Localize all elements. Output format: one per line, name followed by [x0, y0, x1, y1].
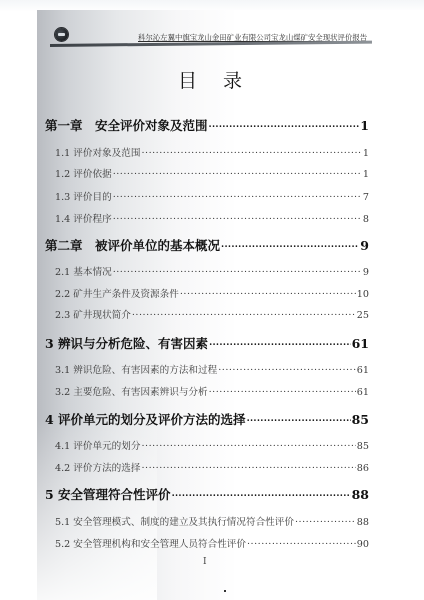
- toc-entry-page: 86: [357, 463, 369, 474]
- dot-leader: [113, 265, 362, 275]
- dot-leader: [221, 238, 359, 251]
- toc-entry-page: 61: [357, 365, 369, 376]
- toc-section-entry[interactable]: 1.1 评价对象及范围 1: [55, 145, 369, 159]
- dot-leader: [295, 515, 356, 525]
- toc-section-entry[interactable]: 5.1 安全管理模式、制度的建立及其执行情况符合性评价 88: [55, 514, 369, 528]
- toc-section-entry[interactable]: 2.1 基本情况 9: [55, 264, 369, 278]
- toc-entry-label: 1.4 评价程序: [55, 211, 112, 225]
- dot-leader: [218, 363, 356, 373]
- toc-entry-page: 1: [363, 169, 369, 180]
- toc-entry-page: 88: [357, 517, 369, 528]
- toc-entry-page: 61: [352, 336, 369, 351]
- table-of-contents: 第一章 安全评价对象及范围 1 1.1 评价对象及范围 1 1.2 评价依据 1…: [0, 0, 424, 600]
- toc-entry-label: 1.2 评价依据: [55, 166, 112, 180]
- toc-entry-page: 90: [357, 539, 369, 550]
- toc-entry-page: 1: [363, 148, 369, 159]
- toc-entry-page: 7: [363, 192, 369, 203]
- dot-leader: [247, 537, 356, 547]
- toc-section-entry[interactable]: 5.2 安全管理机构和安全管理人员符合性评价 90: [55, 536, 369, 550]
- dot-leader: [180, 287, 356, 297]
- toc-entry-label: 2.1 基本情况: [55, 264, 112, 278]
- toc-entry-page: 88: [352, 487, 369, 502]
- dot-leader: [132, 308, 356, 318]
- dot-leader: [141, 146, 361, 156]
- toc-section-entry[interactable]: 4.2 评价方法的选择 86: [55, 460, 369, 474]
- toc-entry-label: 1.1 评价对象及范围: [55, 145, 140, 159]
- toc-entry-label: 5.2 安全管理机构和安全管理人员符合性评价: [55, 536, 246, 550]
- toc-chapter-entry[interactable]: 第二章 被评价单位的基本概况 9: [45, 236, 369, 254]
- toc-entry-label: 4.1 评价单元的划分: [55, 438, 140, 452]
- dot-leader: [209, 118, 360, 131]
- toc-entry-label: 2.2 矿井生产条件及资源条件: [55, 286, 179, 300]
- page-number: I: [203, 557, 207, 567]
- toc-chapter-entry[interactable]: 第一章 安全评价对象及范围 1: [45, 116, 369, 134]
- dot-leader: [141, 439, 355, 449]
- toc-entry-page: 85: [357, 441, 369, 452]
- scan-artifact: [224, 590, 226, 592]
- dot-leader: [113, 167, 362, 177]
- dot-leader: [141, 461, 355, 471]
- dot-leader: [247, 412, 351, 425]
- toc-entry-page: 9: [363, 267, 369, 278]
- toc-section-entry[interactable]: 4.1 评价单元的划分 85: [55, 438, 369, 452]
- dot-leader: [172, 487, 351, 500]
- toc-entry-label: 1.3 评价目的: [55, 189, 112, 203]
- toc-entry-label: 第二章 被评价单位的基本概况: [45, 236, 220, 254]
- toc-entry-page: 25: [357, 310, 369, 321]
- toc-entry-page: 10: [357, 289, 369, 300]
- toc-entry-label: 4.2 评价方法的选择: [55, 460, 140, 474]
- toc-entry-label: 3.1 辨识危险、有害因素的方法和过程: [55, 362, 217, 376]
- toc-section-entry[interactable]: 1.3 评价目的 7: [55, 189, 369, 203]
- dot-leader: [113, 190, 362, 200]
- toc-entry-page: 85: [352, 412, 369, 427]
- toc-section-entry[interactable]: 3.1 辨识危险、有害因素的方法和过程 61: [55, 362, 369, 376]
- dot-leader: [209, 385, 356, 395]
- toc-entry-page: 9: [360, 238, 369, 253]
- toc-section-entry[interactable]: 1.2 评价依据 1: [55, 166, 369, 180]
- dot-leader: [113, 212, 362, 222]
- toc-entry-page: 1: [360, 118, 369, 133]
- toc-section-entry[interactable]: 2.2 矿井生产条件及资源条件 10: [55, 286, 369, 300]
- toc-entry-label: 2.3 矿井现状简介: [55, 307, 131, 321]
- toc-entry-label: 4 评价单元的划分及评价方法的选择: [45, 410, 246, 428]
- dot-leader: [209, 336, 351, 349]
- toc-entry-label: 第一章 安全评价对象及范围: [45, 116, 208, 134]
- toc-entry-label: 3.2 主要危险、有害因素辨识与分析: [55, 384, 208, 398]
- toc-chapter-entry[interactable]: 4 评价单元的划分及评价方法的选择 85: [45, 410, 369, 428]
- toc-entry-label: 3 辨识与分析危险、有害因素: [45, 334, 208, 352]
- toc-section-entry[interactable]: 1.4 评价程序 8: [55, 211, 369, 225]
- toc-entry-label: 5.1 安全管理模式、制度的建立及其执行情况符合性评价: [55, 514, 294, 528]
- toc-section-entry[interactable]: 2.3 矿井现状简介 25: [55, 307, 369, 321]
- toc-chapter-entry[interactable]: 5 安全管理符合性评价 88: [45, 485, 369, 503]
- toc-entry-page: 61: [357, 387, 369, 398]
- toc-section-entry[interactable]: 3.2 主要危险、有害因素辨识与分析 61: [55, 384, 369, 398]
- toc-entry-page: 8: [363, 214, 369, 225]
- toc-entry-label: 5 安全管理符合性评价: [45, 485, 171, 503]
- toc-chapter-entry[interactable]: 3 辨识与分析危险、有害因素 61: [45, 334, 369, 352]
